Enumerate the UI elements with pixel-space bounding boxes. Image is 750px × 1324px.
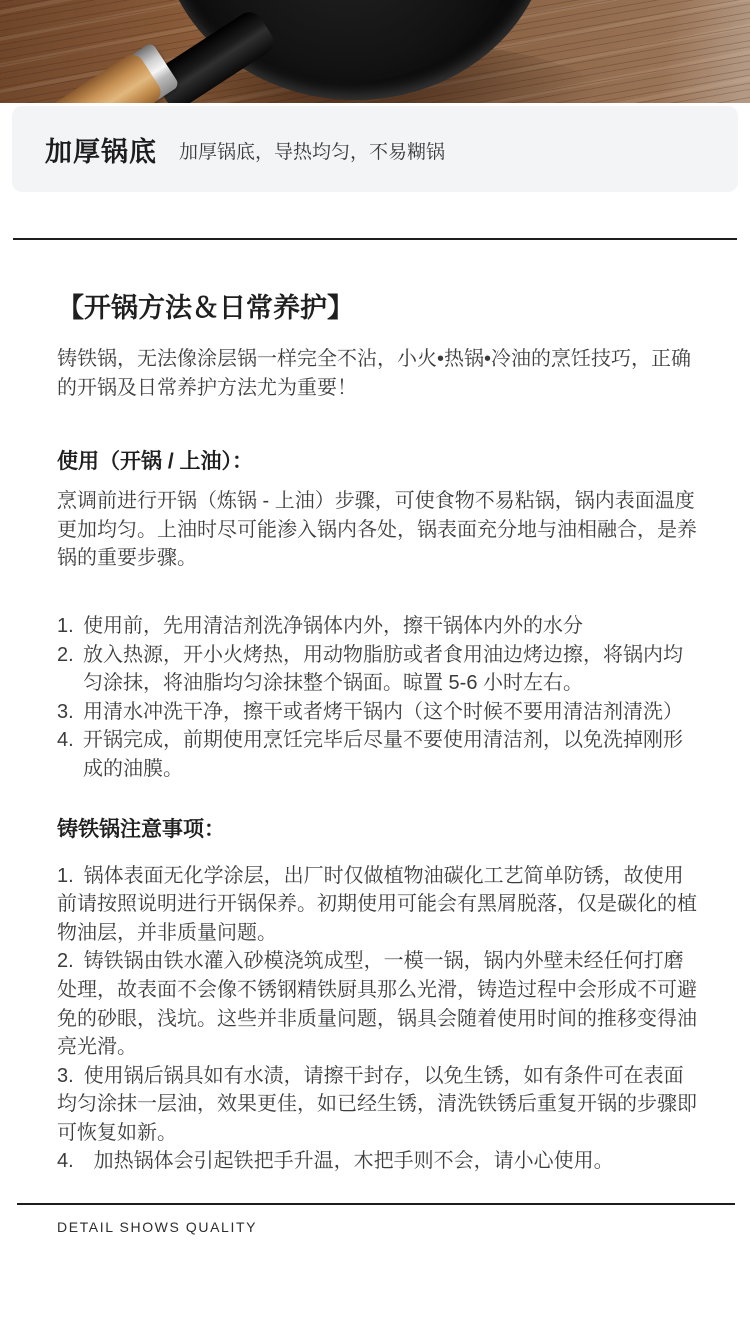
feature-card: 加厚锅底 加厚锅底，导热均匀，不易糊锅 — [12, 106, 738, 192]
step-text: 开锅完成，前期使用烹饪完毕后尽量不要使用清洁剂，以免洗掉刚形成的油膜。 — [83, 726, 700, 783]
top-divider — [13, 238, 737, 240]
footer-caption: DETAIL SHOWS QUALITY — [57, 1219, 750, 1235]
note-item-1: 1. 锅体表面无化学涂层，出厂时仅做植物油碳化工艺简单防锈，故使用前请按照说明进… — [57, 862, 700, 948]
step-number: 1. — [57, 612, 83, 641]
step-text: 放入热源，开小火烤热，用动物脂肪或者食用油边烤边擦，将锅内均匀涂抹，将油脂均匀涂… — [83, 641, 700, 698]
step-item-4: 4. 开锅完成，前期使用烹饪完毕后尽量不要使用清洁剂，以免洗掉刚形成的油膜。 — [57, 726, 700, 783]
step-item-3: 3. 用清水冲洗干净，擦干或者烤干锅内（这个时候不要用清洁剂清洗） — [57, 698, 700, 727]
intro-paragraph: 铸铁锅，无法像涂层锅一样完全不沾，小火•热锅•冷油的烹饪技巧，正确的开锅及日常养… — [57, 345, 700, 402]
feature-card-title: 加厚锅底 — [45, 130, 157, 169]
step-number: 4. — [57, 726, 83, 783]
note-item-3: 3. 使用锅后锅具如有水渍，请擦干封存，以免生锈，如有条件可在表面均匀涂抹一层油… — [57, 1062, 700, 1148]
usage-steps-list: 1. 使用前，先用清洁剂洗净锅体内外，擦干锅体内外的水分 2. 放入热源，开小火… — [57, 612, 700, 784]
step-item-1: 1. 使用前，先用清洁剂洗净锅体内外，擦干锅体内外的水分 — [57, 612, 700, 641]
notes-subheading: 铸铁锅注意事项： — [57, 815, 700, 845]
notes-list: 1. 锅体表面无化学涂层，出厂时仅做植物油碳化工艺简单防锈，故使用前请按照说明进… — [57, 862, 700, 1177]
hero-photo — [0, 0, 750, 103]
step-number: 2. — [57, 641, 83, 698]
step-text: 用清水冲洗干净，擦干或者烤干锅内（这个时候不要用清洁剂清洗） — [83, 698, 700, 727]
step-text: 使用前，先用清洁剂洗净锅体内外，擦干锅体内外的水分 — [83, 612, 700, 641]
note-item-4: 4. 加热锅体会引起铁把手升温，木把手则不会，请小心使用。 — [57, 1147, 700, 1176]
care-instructions-section: 【开锅方法＆日常养护】 铸铁锅，无法像涂层锅一样完全不沾，小火•热锅•冷油的烹饪… — [0, 290, 750, 1176]
bottom-divider — [17, 1203, 735, 1205]
step-item-2: 2. 放入热源，开小火烤热，用动物脂肪或者食用油边烤边擦，将锅内均匀涂抹，将油脂… — [57, 641, 700, 698]
feature-card-subtitle: 加厚锅底，导热均匀，不易糊锅 — [179, 134, 445, 164]
note-item-2: 2. 铸铁锅由铁水灌入砂模浇筑成型，一模一锅，锅内外壁未经任何打磨处理，故表面不… — [57, 947, 700, 1061]
usage-subheading: 使用（开锅 / 上油）： — [57, 447, 700, 477]
section-heading: 【开锅方法＆日常养护】 — [57, 290, 700, 326]
step-number: 3. — [57, 698, 83, 727]
usage-paragraph: 烹调前进行开锅（炼锅 - 上油）步骤，可使食物不易粘锅，锅内表面温度更加均匀。上… — [57, 487, 700, 573]
